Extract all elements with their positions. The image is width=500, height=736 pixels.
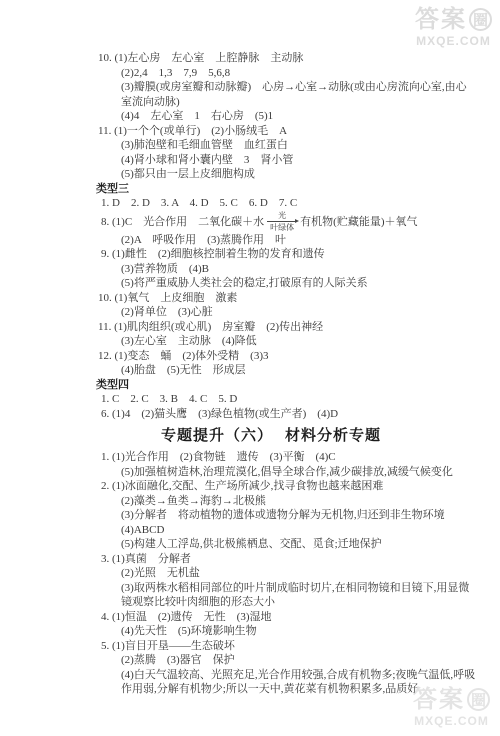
formula-reactants: 8. (1)C 光合作用 二氧化碳＋水 [101,216,264,228]
section-heading: 类型四 [96,378,446,393]
answer-line: 1. D 2. D 3. A 4. D 5. C 6. D 7. C [96,196,446,211]
answer-line: (4)肾小球和肾小囊内壁 3 肾小管 [96,153,446,168]
answer-line: (3)瓣膜(或房室瓣和动脉瓣) 心房→心室→动脉(或由心房流向心室,由心 [96,80,446,95]
answer-line: 6. (1)4 (2)猫头鹰 (3)绿色植物(或生产者) (4)D [96,407,446,422]
watermark-site-text: MXQE.COM [415,34,492,48]
answer-line: 9. (1)雌性 (2)细胞核控制着生物的发育和遗传 [96,247,446,262]
section-heading: 类型三 [96,182,446,197]
reaction-condition-top: 光 [278,211,286,220]
answer-line: (2)光照 无机盐 [96,566,446,581]
answer-line: 11. (1)一个个(或单行) (2)小肠绒毛 A [96,124,446,139]
answer-line: 1. C 2. C 3. B 4. C 5. D [96,392,446,407]
answer-line: (4)4 左心室 1 右心房 (5)1 [96,109,446,124]
watermark-site-text: MXQE.COM [413,714,490,728]
section-title-topic: 材料分析专题 [285,427,381,444]
answer-line: (5)构建人工浮岛,供北极熊栖息、交配、觅食;迁地保护 [96,537,446,552]
answer-line: 2. (1)冰面融化,交配、生产场所减少,找寻食物也越来越困难 [96,479,446,494]
answer-line: (2)蒸腾 (3)器官 保护 [96,653,446,668]
answer-page: 答案圈 MXQE.COM 10. (1)左心房 左心室 上腔静脉 主动脉(2)2… [0,0,500,736]
answer-line: 4. (1)恒温 (2)遗传 无性 (3)湿地 [96,610,446,625]
answer-line: (4)白天气温较高、光照充足,光合作用较强,合成有机物多;夜晚气温低,呼吸 [96,668,446,683]
answer-line: 1. (1)光合作用 (2)食物链 遗传 (3)平衡 (4)C [96,450,446,465]
answer-line: 室流向动脉) [96,95,446,110]
answer-line: (2)藻类→鱼类→海豹→北极熊 [96,494,446,509]
watermark-circle-glyph: 圈 [469,8,492,31]
watermark-logo: 答案圈 [415,6,492,34]
answer-line: (3)肺泡壁和毛细血管壁 血红蛋白 [96,138,446,153]
reaction-arrow-bar [267,221,297,222]
answer-line: (3)取两株水稻相同部位的叶片制成临时切片,在相同物镜和目镜下,用显微 [96,581,446,596]
answer-line: (5)将严重威胁人类社会的稳定,打破原有的人际关系 [96,276,446,291]
answer-line: 10. (1)氧气 上皮细胞 激素 [96,291,446,306]
answer-line: 作用弱,分解有机物少;所以一天中,黄花菜有机物积累多,品质好 [96,682,446,697]
answer-line: (2)肾单位 (3)心脏 [96,305,446,320]
watermark-logo: 答案圈 [413,686,490,714]
answer-line: (4)胎盘 (5)无性 形成层 [96,363,446,378]
answer-line: (4)ABCD [96,523,446,538]
section-title: 专题提升（六）材料分析专题 [96,425,446,447]
answer-line: (3)营养物质 (4)B [96,262,446,277]
watermark-top: 答案圈 MXQE.COM [415,6,492,48]
section-title-series: 专题提升（六） [161,428,273,444]
answer-line: 5. (1)盲目开垦——生态破坏 [96,639,446,654]
watermark-bottom: 答案圈 MXQE.COM [413,686,490,728]
answer-line: 12. (1)变态 蛹 (2)体外受精 (3)3 [96,349,446,364]
formula-products: 有机物(贮藏能量)＋氧气 [300,216,417,228]
answer-line: 镜观察比较叶肉细胞的形态大小 [96,595,446,610]
answer-line: (5)加强植树造林,治理荒漠化,倡导全球合作,减少碳排放,减缓气候变化 [96,465,446,480]
answer-line: (3)左心室 主动脉 (4)降低 [96,334,446,349]
answer-line: 10. (1)左心房 左心室 上腔静脉 主动脉 [96,51,446,66]
answer-line: (4)先天性 (5)环境影响生物 [96,624,446,639]
answer-line: (2)2,4 1,3 7,9 5,6,8 [96,66,446,81]
reaction-arrow: 光叶绿体 [267,211,297,232]
answer-line: 11. (1)肌肉组织(或心肌) 房室瓣 (2)传出神经 [96,320,446,335]
answer-line: 3. (1)真菌 分解者 [96,552,446,567]
answer-line: (5)都只由一层上皮细胞构成 [96,167,446,182]
watermark-circle-glyph: 圈 [467,688,490,711]
answer-list: 10. (1)左心房 左心室 上腔静脉 主动脉(2)2,4 1,3 7,9 5,… [96,51,446,697]
reaction-condition-bottom: 叶绿体 [270,223,294,232]
answer-line-photosynthesis: 8. (1)C 光合作用 二氧化碳＋水光叶绿体有机物(贮藏能量)＋氧气 [96,211,446,233]
answer-line: (3)分解者 将动植物的遗体或遗物分解为无机物,归还到非生物环境 [96,508,446,523]
answer-line: (2)A 呼吸作用 (3)蒸腾作用 叶 [96,233,446,248]
